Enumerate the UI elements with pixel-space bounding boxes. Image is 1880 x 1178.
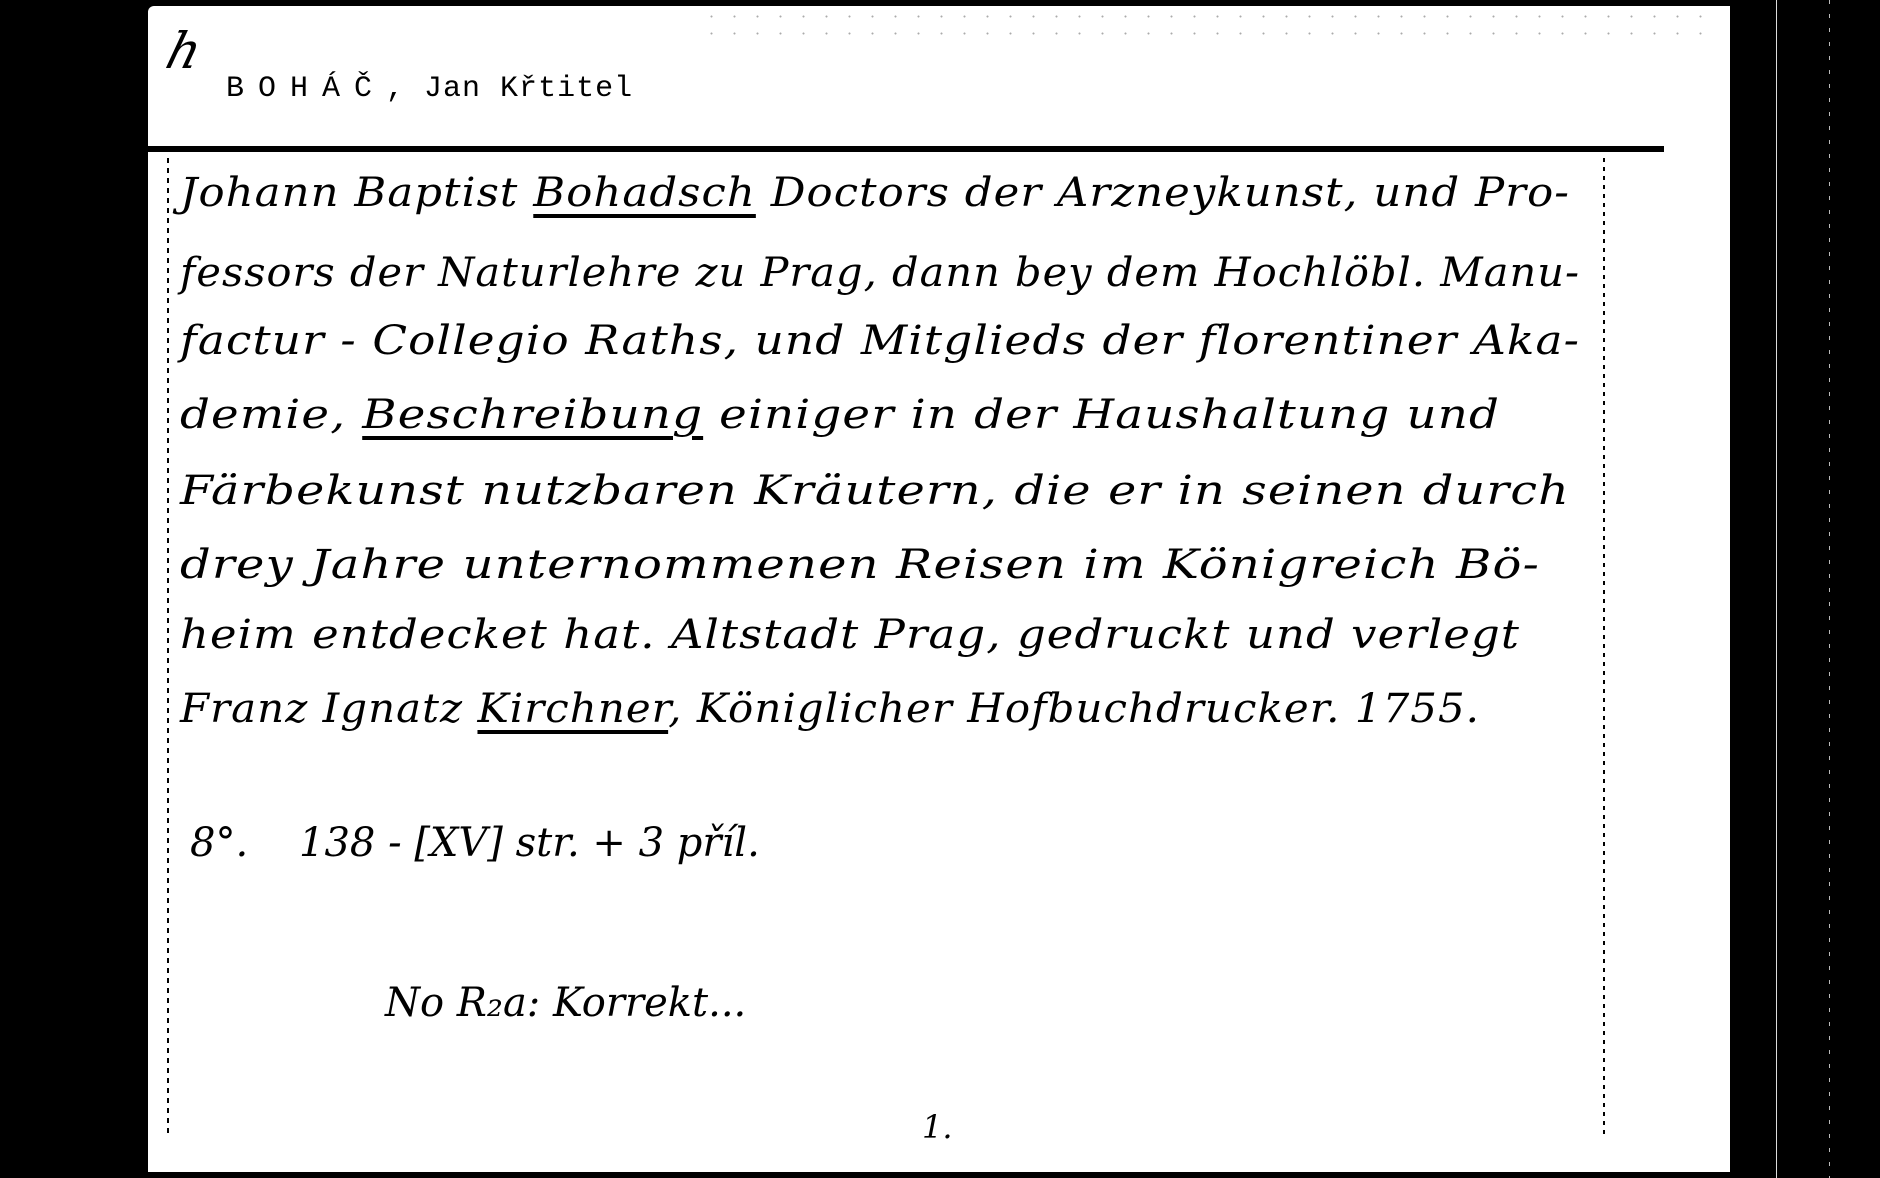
transcription-line: drey Jahre unternommenen Reisen im König… xyxy=(180,542,1540,588)
underlined-term: Bohadsch xyxy=(533,170,756,216)
line-text: Johann Baptist xyxy=(180,170,533,216)
scan-border-right xyxy=(1730,0,1880,1178)
line-text: Franz Ignatz xyxy=(180,686,477,732)
line-text: Doctors der Arzneykunst, und Pro- xyxy=(756,170,1570,216)
line-text: demie, xyxy=(180,392,362,438)
left-margin-line xyxy=(167,158,169,1138)
call-number-note: No R₂a: Korrekt... xyxy=(385,980,746,1026)
scan-artifact-dots xyxy=(1829,0,1830,1178)
transcription-line: factur - Collegio Raths, und Mitglieds d… xyxy=(180,318,1580,364)
transcription-line: fessors der Naturlehre zu Prag, dann bey… xyxy=(180,250,1580,296)
transcription-line: demie, Beschreibung einiger in der Haush… xyxy=(180,392,1500,438)
transcription-line: Franz Ignatz Kirchner, Königlicher Hofbu… xyxy=(180,686,1480,732)
page-number: 1. xyxy=(922,1108,953,1146)
line-text: fessors der Naturlehre zu Prag, dann bey… xyxy=(180,250,1580,296)
heading-surname: BOHÁČ xyxy=(226,72,386,106)
heading-rule xyxy=(148,146,1664,152)
right-margin-line xyxy=(1603,158,1605,1138)
line-text: , Königlicher Hofbuchdrucker. 1755. xyxy=(668,686,1480,732)
line-text: Färbekunst nutzbaren Kräutern, die er in… xyxy=(180,468,1570,514)
collation-line: 8°. 138 - [XV] str. + 3 příl. xyxy=(190,820,760,866)
scan-noise xyxy=(700,8,1720,48)
card-heading: BOHÁČ, Jan Křtitel xyxy=(226,72,633,106)
line-text: factur - Collegio Raths, und Mitglieds d… xyxy=(180,318,1580,364)
underlined-term: Kirchner xyxy=(477,686,668,732)
collation-pages: 138 - [XV] str. + 3 příl. xyxy=(299,820,760,866)
transcription-line: heim entdecket hat. Altstadt Prag, gedru… xyxy=(180,612,1520,658)
transcription-line: Färbekunst nutzbaren Kräutern, die er in… xyxy=(180,468,1570,514)
heading-given-names: Jan Křtitel xyxy=(424,72,633,106)
transcription-line: Johann Baptist Bohadsch Doctors der Arzn… xyxy=(180,170,1570,216)
collation-format: 8°. xyxy=(190,820,248,866)
line-text: einiger in der Haushaltung und xyxy=(703,392,1500,438)
heading-separator: , xyxy=(386,72,405,106)
scan-artifact-line xyxy=(1776,0,1777,1178)
line-text: heim entdecket hat. Altstadt Prag, gedru… xyxy=(180,612,1520,658)
underlined-term: Beschreibung xyxy=(362,392,703,438)
line-text: drey Jahre unternommenen Reisen im König… xyxy=(180,542,1540,588)
